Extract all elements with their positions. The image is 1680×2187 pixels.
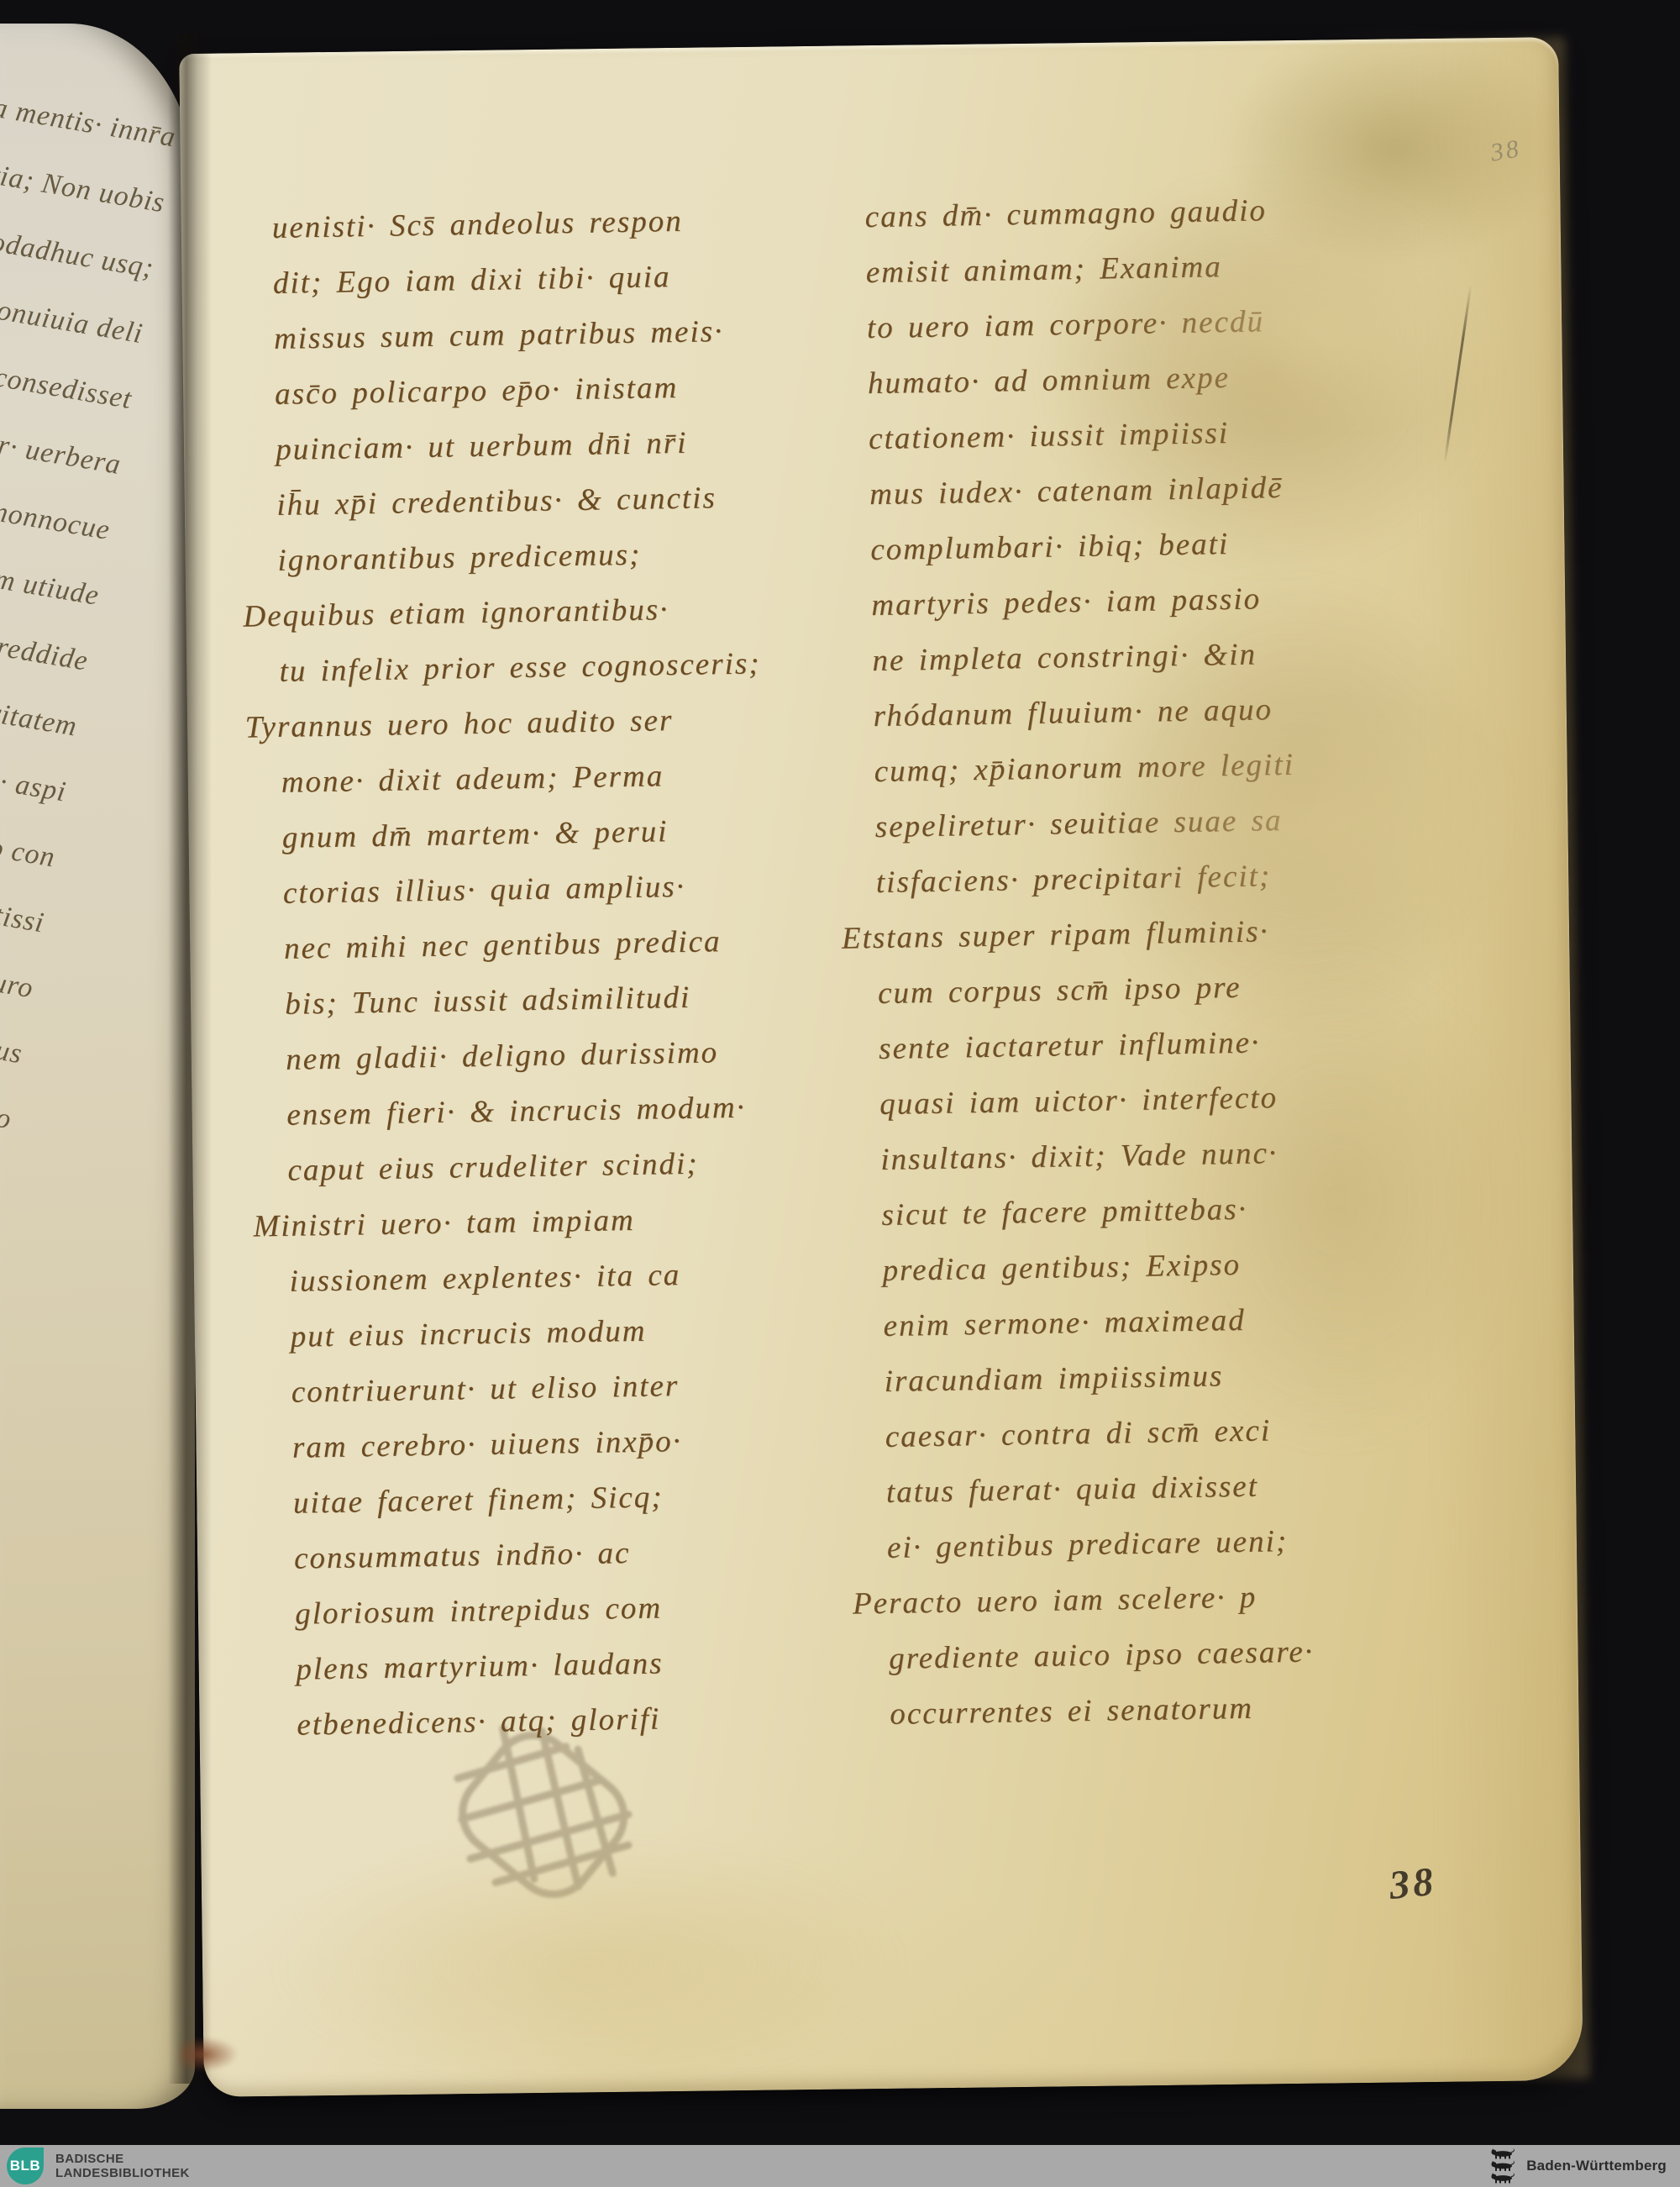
folio-number-pencil: 38 [1488, 134, 1523, 168]
manuscript-text-line: iracundiam impiissimus [848, 1357, 1310, 1420]
manuscript-text-line: Tyrannus uero hoc audito ser [244, 701, 762, 765]
manuscript-text-line: sepeliretur· seuitiae suae sa [839, 802, 1300, 865]
manuscript-text-line: nem gladii· deligno durissimo [250, 1033, 768, 1097]
manuscript-text-line: Dequibus etiam ignorantibus· [243, 590, 760, 654]
manuscript-text-line: nec mihi nec gentibus predica [249, 923, 766, 986]
manuscript-text-line: grediente auico ipso caesare· [853, 1634, 1315, 1697]
manuscript-text-line: iussionem explentes· ita ca [254, 1255, 771, 1319]
library-name-line2: LANDESBIBLIOTHEK [55, 2166, 190, 2180]
manuscript-text-line: humato· ad omnium expe [832, 359, 1294, 422]
manuscript-text-line: sente iactaretur influmine· [843, 1024, 1305, 1087]
manuscript-text-line: caput eius crudeliter scindi; [252, 1144, 769, 1208]
manuscript-text-line: mone· dixit adeum; Perma [245, 756, 763, 820]
manuscript-text-line: cumq; xp̄ianorum more legiti [838, 747, 1299, 810]
manuscript-text-line: ih̄u xp̄i credentibus· & cunctis [241, 479, 759, 543]
manuscript-text-line: sicut te facere pmittebas· [846, 1191, 1307, 1254]
state-brand: Baden-Württemberg [1488, 2148, 1667, 2184]
manuscript-text-line: martyris pedes· iam passio [836, 581, 1297, 644]
digitized-manuscript-photo: s· & laeticia mentis· innr̄at presentia;… [0, 0, 1680, 2187]
manuscript-text-line: ei· gentibus predicare ueni; [852, 1523, 1313, 1586]
manuscript-text-line: Ministri uero· tam impiam [253, 1200, 770, 1264]
manuscript-text-line: tisfaciens· precipitari fecit; [840, 858, 1301, 921]
manuscript-text-line: ne impleta constringi· &in [837, 636, 1298, 699]
manuscript-text-line: rhódanum fluuium· ne aquo [837, 691, 1299, 754]
manuscript-text-line: tu infelix prior esse cognosceris; [244, 645, 761, 709]
manuscript-text-line: ensem fieri· & incrucis modum· [251, 1089, 769, 1153]
manuscript-text-line: predica gentibus; Exipso [847, 1246, 1308, 1309]
library-footer-bar: BLB BADISCHE LANDESBIBLIOTHEK [0, 2145, 1680, 2187]
book-gutter-shadow [168, 34, 212, 2084]
manuscript-text-line: bis; Tunc iussit adsimilitudi [249, 978, 767, 1042]
manuscript-text-line: dit; Ego iam dixi tibi· quia [238, 257, 755, 321]
manuscript-text-line: enim sermone· maximead [848, 1301, 1309, 1364]
manuscript-text-line: caesar· contra di scm̄ exci [849, 1412, 1310, 1475]
manuscript-text-line: gloriosum intrepidus com [260, 1588, 777, 1652]
manuscript-text-line: complumbari· ibiq; beati [835, 525, 1296, 588]
manuscript-text-line: occurrentes ei senatorum [854, 1690, 1315, 1753]
manuscript-text-line: gnum dm̄ martem· & perui [246, 812, 764, 875]
manuscript-text-line: plens martyrium· laudans [260, 1643, 778, 1707]
manuscript-text-line: emisit animam; Exanima [830, 248, 1291, 311]
manuscript-text-line: put eius incrucis modum [255, 1311, 772, 1375]
bw-coat-of-arms-icon [1488, 2148, 1517, 2184]
manuscript-text-line: Etstans super ripam fluminis· [842, 913, 1303, 976]
manuscript-text-line: cans dm̄· cummagno gaudio [829, 192, 1290, 255]
manuscript-text-line: ignorantibus predicemus; [242, 534, 759, 598]
manuscript-text-line: contriuerunt· ut eliso inter [255, 1366, 773, 1430]
folio-number-ink: 38 [1387, 1858, 1438, 1909]
parchment-stain [1414, 37, 1590, 2080]
text-column-left: uenisti· Scs̄ andeolus respondit; Ego ia… [236, 202, 779, 1763]
previous-page-edge: s· & laeticia mentis· innr̄at presentia;… [0, 24, 195, 2109]
manuscript-text-line: asc̄o policarpo ep̄o· inistam [239, 368, 757, 432]
manuscript-text-line: tatus fuerat· quia dixisset [851, 1468, 1312, 1531]
manuscript-text-line: Peracto uero iam scelere· p [853, 1579, 1314, 1642]
parchment-crack [1443, 284, 1472, 463]
library-name: BADISCHE LANDESBIBLIOTHEK [55, 2152, 190, 2181]
manuscript-text-line: uenisti· Scs̄ andeolus respon [236, 202, 753, 265]
manuscript-text-line: cum corpus scm̄ ipso pre [843, 969, 1304, 1032]
previous-page-text: s· & laeticia mentis· innr̄at presentia;… [0, 33, 178, 1956]
manuscript-text-line: missus sum cum patribus meis· [239, 313, 756, 376]
library-name-line1: BADISCHE [55, 2152, 190, 2166]
blb-logo-text: BLB [10, 2158, 40, 2174]
blb-logo: BLB [7, 2148, 44, 2184]
manuscript-text-line: ctationem· iussit impiissi [833, 414, 1294, 477]
manuscript-text-line: consummatus indn̄o· ac [259, 1532, 776, 1596]
manuscript-text-line: insultans· dixit; Vade nunc· [845, 1135, 1306, 1198]
manuscript-text-line: etbenedicens· atq; glorifi [261, 1699, 779, 1763]
manuscript-text-line: ctorias illius· quia amplius· [248, 867, 765, 931]
text-column-right: cans dm̄· cummagno gaudioemisit animam; … [829, 192, 1315, 1753]
manuscript-text-line: to uero iam corpore· necdū [832, 303, 1293, 366]
manuscript-page: uenisti· Scs̄ andeolus respondit; Ego ia… [179, 37, 1583, 2097]
state-name: Baden-Württemberg [1526, 2158, 1667, 2174]
binding-thread [180, 2037, 239, 2072]
manuscript-text-line: mus iudex· catenam inlapidē [834, 470, 1295, 533]
manuscript-text-line: quasi iam uictor· interfecto [844, 1080, 1305, 1143]
manuscript-text-line: ram cerebro· uiuens inxp̄o· [257, 1422, 774, 1485]
manuscript-text-line: uitae faceret finem; Sicq; [258, 1477, 775, 1541]
manuscript-text-line: puinciam· ut uerbum dn̄i nr̄i [240, 423, 758, 487]
